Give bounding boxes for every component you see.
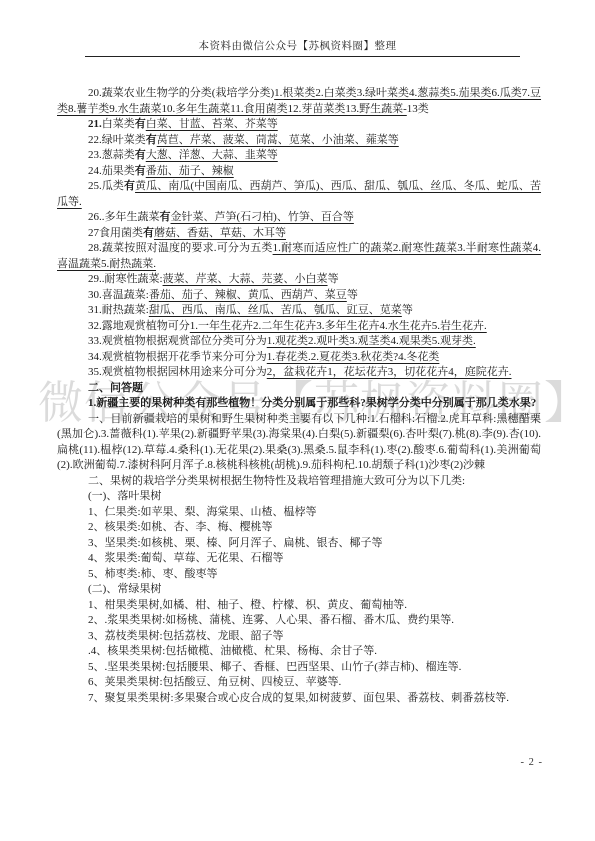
paragraph: 26..多年生蔬菜有金针菜、芦笋(石刁柏)、竹笋、百合等 xyxy=(57,210,541,226)
text-segment: 34.观赏植物根据开花季节来分可分为 xyxy=(88,351,267,363)
text-segment: 1.一年生花卉2.二年生花卉3.多年生花卉4.水生花卉5.岩生花卉. xyxy=(190,320,487,332)
text-segment: 35.观赏植物根据园林用途来分可分为 xyxy=(88,366,267,378)
text-segment: 2、.浆果类果树:如杨桃、蒲桃、连雾、人心果、番石榴、番木瓜、费约果等. xyxy=(88,614,454,626)
text-segment: 菠菜、芹菜、大蒜、芫荽、小白菜 xyxy=(163,273,328,285)
paragraph: 3、荔枝类果树:包括荔枝、龙眼、韶子等 xyxy=(57,629,541,645)
paragraph: 二、问答题 xyxy=(57,381,541,397)
text-segment: 25.瓜类 xyxy=(88,180,124,192)
paragraph: 4、浆果类:葡萄、草莓、无花果、石榴等 xyxy=(57,551,541,567)
text-segment: 莴苣、芹菜、菠菜、茼蒿、苋菜、小油菜、蕹菜等 xyxy=(157,134,399,146)
text-segment: 20.蔬菜农业生物学的分类(栽培学分类) xyxy=(88,87,274,99)
text-segment: 5、柿枣类:柿、枣、酸枣等 xyxy=(88,568,218,580)
text-segment: 有 xyxy=(135,149,146,161)
paragraph: 1.新疆主要的果树种类有那些植物！分类分别属于那些科?果树学分类中分别属于那几类… xyxy=(57,396,541,412)
paragraph: 1、仁果类:如苹果、梨、海棠果、山楂、榅桲等 xyxy=(57,505,541,521)
text-segment: 21. xyxy=(88,118,102,130)
text-segment: 3、荔枝类果树:包括荔枝、龙眼、韶子等 xyxy=(88,630,284,642)
paragraph: 3、坚果类:如核桃、栗、榛、阿月浑子、扁桃、银杏、椰子等 xyxy=(57,536,541,552)
text-segment: 番茄、茄子、辣椒 xyxy=(146,165,234,177)
document-page: 本资料由微信公众号【苏枫资料圈】整理 微信公众号【苏枫资料圈】 20.蔬菜农业生… xyxy=(0,0,595,841)
paragraph: 29..耐寒性蔬菜:菠菜、芹菜、大蒜、芫荽、小白菜等 xyxy=(57,272,541,288)
text-segment: 22.绿叶菜类 xyxy=(88,134,146,146)
text-segment: 4、浆果类:葡萄、草莓、无花果、石榴等 xyxy=(88,552,284,564)
paragraph: 31.耐热蔬菜:甜瓜、西瓜、南瓜、丝瓜、苦瓜、瓠瓜、豇豆、苋菜等 xyxy=(57,303,541,319)
text-segment: 蘑菇、香菇、草菇、木耳等 xyxy=(154,227,286,239)
paragraph: 27食用菌类有蘑菇、香菇、草菇、木耳等 xyxy=(57,226,541,242)
text-segment: 1.新疆主要的果树种类有那些植物！分类分别属于那些科?果树学分类中分别属于那几类… xyxy=(88,397,536,409)
paragraph: 22.绿叶菜类有莴苣、芹菜、菠菜、茼蒿、苋菜、小油菜、蕹菜等 xyxy=(57,133,541,149)
text-segment: 26..多年生蔬菜 xyxy=(88,211,160,223)
text-segment: 白菜类 xyxy=(102,118,135,130)
text-segment: 32.露地观赏植物可分 xyxy=(88,320,190,332)
text-segment: 有 xyxy=(160,211,171,223)
text-segment: 有 xyxy=(135,165,146,177)
text-segment: 24.茄果类 xyxy=(88,165,135,177)
text-segment: 番茄、茄子、辣椒、黄瓜、西葫芦、菜豆 xyxy=(149,289,347,301)
paragraph: 1、柑果类果树,如橘、柑、柚子、橙、柠檬、枳、黄皮、葡萄柚等. xyxy=(57,598,541,614)
paragraph: 20.蔬菜农业生物学的分类(栽培学分类)1.根菜类2.白菜类3.绿叶菜类4.葱蒜… xyxy=(57,86,541,117)
text-segment: 1、仁果类:如苹果、梨、海棠果、山楂、榅桲等 xyxy=(88,506,317,518)
paragraph: 6、荚果类果树:包括酸豆、角豆树、四棱豆、苹婆等. xyxy=(57,675,541,691)
paragraph: 2、.浆果类果树:如杨桃、蒲桃、连雾、人心果、番石榴、番木瓜、费约果等. xyxy=(57,613,541,629)
paragraph: (二)、常绿果树 xyxy=(57,582,541,598)
text-segment: 2、核果类:如桃、杏、李、梅、樱桃等 xyxy=(88,521,273,533)
paragraph: 7、聚复果类果树:多果聚合或心皮合成的复果,如树菠萝、面包果、番荔枝、刺番荔枝等… xyxy=(57,691,541,707)
text-segment: 有 xyxy=(135,118,146,130)
text-segment: 白菜、甘蓝、苔菜、芥菜等 xyxy=(146,118,278,130)
text-segment: 等 xyxy=(347,289,358,301)
page-header: 本资料由微信公众号【苏枫资料圈】整理 xyxy=(0,38,595,53)
text-segment: 13类 xyxy=(407,103,429,115)
text-segment: .4、核果类果树:包括橄榄、油橄榄、杧果、杨梅、余甘子等. xyxy=(88,645,377,657)
text-segment: 29..耐寒性蔬菜: xyxy=(88,273,163,285)
text-segment: 7、聚复果类果树:多果聚合或心皮合成的复果,如树菠萝、面包果、番荔枝、刺番荔枝等… xyxy=(88,692,509,704)
text-segment: 1.观花类2.观叶类3.观茎类4.观果类5.观芽类. xyxy=(267,335,476,347)
paragraph: (一)、落叶果树 xyxy=(57,489,541,505)
text-segment: 2，盆栽花卉1，花坛花卉3，切花花卉4，庭院花卉. xyxy=(267,366,512,378)
paragraph: 25.瓜类有黄瓜、南瓜(中国南瓜、西葫芦、笋瓜)、西瓜、甜瓜、瓠瓜、丝瓜、冬瓜、… xyxy=(57,179,541,210)
paragraph: 二、果树的栽培学分类果树根据生物特性及栽培管理措施大致可分为以下几类: xyxy=(57,474,541,490)
paragraph: 21.白菜类有白菜、甘蓝、苔菜、芥菜等 xyxy=(57,117,541,133)
paragraph: 30.喜温蔬菜:番茄、茄子、辣椒、黄瓜、西葫芦、菜豆等 xyxy=(57,288,541,304)
paragraph: 28.蔬菜按照对温度的要求.可分为五类1.耐寒而适应性广的蔬菜2.耐寒性蔬菜3.… xyxy=(57,241,541,272)
text-segment: 二、问答题 xyxy=(88,382,143,394)
text-segment: 等 xyxy=(402,304,413,316)
text-segment: 6、荚果类果树:包括酸豆、角豆树、四棱豆、苹婆等. xyxy=(88,676,341,688)
text-segment: 二、果树的栽培学分类果树根据生物特性及栽培管理措施大致可分为以下几类: xyxy=(88,475,465,487)
text-segment: 33.观赏植物根据观赏部位分类可分为 xyxy=(88,335,267,347)
text-segment: 3、坚果类:如核桃、栗、榛、阿月浑子、扁桃、银杏、椰子等 xyxy=(88,537,383,549)
text-segment: 有 xyxy=(143,227,154,239)
paragraph: 2、核果类:如桃、杏、李、梅、樱桃等 xyxy=(57,520,541,536)
text-segment: 27食用菌类 xyxy=(88,227,143,239)
paragraph: .4、核果类果树:包括橄榄、油橄榄、杧果、杨梅、余甘子等. xyxy=(57,644,541,660)
paragraph: 33.观赏植物根据观赏部位分类可分为1.观花类2.观叶类3.观茎类4.观果类5.… xyxy=(57,334,541,350)
text-segment: 有 xyxy=(146,134,157,146)
text-segment: 金针菜、芦笋(石刁柏)、竹笋、百合等 xyxy=(171,211,354,223)
paragraph: 35.观赏植物根据园林用途来分可分为2，盆栽花卉1，花坛花卉3，切花花卉4，庭院… xyxy=(57,365,541,381)
text-segment: 大葱、洋葱、大蒜、韭菜等 xyxy=(146,149,278,161)
text-segment: 5、.坚果类果树:包括腰果、椰子、香榧、巴西坚果、山竹子(莽吉柿)、榴连等. xyxy=(88,661,461,673)
text-segment: 等 xyxy=(328,273,339,285)
text-segment: 30.喜温蔬菜: xyxy=(88,289,149,301)
text-segment: 甜瓜、西瓜、南瓜、丝瓜、苦瓜、瓠瓜、豇豆、苋菜 xyxy=(149,304,402,316)
text-segment: 28.蔬菜按照对温度的要求.可分为五类 xyxy=(88,242,273,254)
paragraph: 5、柿枣类:柿、枣、酸枣等 xyxy=(57,567,541,583)
text-segment: 一、目前新疆栽培的果树和野生果树种类主要有以下几种:1.石榴科:石榴.2.虎耳草… xyxy=(57,413,541,472)
page-number: - 2 - xyxy=(521,757,544,768)
paragraph: 32.露地观赏植物可分1.一年生花卉2.二年生花卉3.多年生花卉4.水生花卉5.… xyxy=(57,319,541,335)
text-segment: 1、柑果类果树,如橘、柑、柚子、橙、柠檬、枳、黄皮、葡萄柚等. xyxy=(88,599,407,611)
text-segment: 1.春花类.2.夏花类3.秋花类?4.冬花类 xyxy=(267,351,440,363)
header-divider xyxy=(85,56,520,57)
paragraph: 一、目前新疆栽培的果树和野生果树种类主要有以下几种:1.石榴科:石榴.2.虎耳草… xyxy=(57,412,541,474)
paragraph: 23.葱蒜类有大葱、洋葱、大蒜、韭菜等 xyxy=(57,148,541,164)
text-segment: 23.葱蒜类 xyxy=(88,149,135,161)
paragraph: 5、.坚果类果树:包括腰果、椰子、香榧、巴西坚果、山竹子(莽吉柿)、榴连等. xyxy=(57,660,541,676)
paragraph: 34.观赏植物根据开花季节来分可分为1.春花类.2.夏花类3.秋花类?4.冬花类 xyxy=(57,350,541,366)
text-segment: (二)、常绿果树 xyxy=(88,583,161,595)
text-segment: (一)、落叶果树 xyxy=(88,490,161,502)
text-segment: 31.耐热蔬菜: xyxy=(88,304,149,316)
text-segment: 有 xyxy=(124,180,135,192)
paragraph: 24.茄果类有番茄、茄子、辣椒 xyxy=(57,164,541,180)
document-body: 20.蔬菜农业生物学的分类(栽培学分类)1.根菜类2.白菜类3.绿叶菜类4.葱蒜… xyxy=(57,86,541,706)
